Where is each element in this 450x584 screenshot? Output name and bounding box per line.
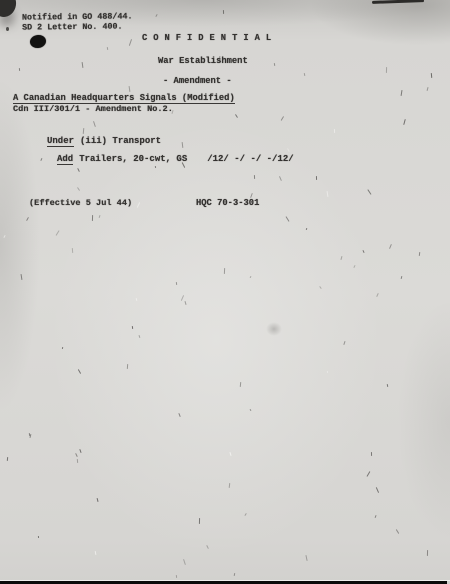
document-title: War Establishment [158,56,248,66]
establishment-reference: Cdn III/301/1 - Amendment No.2. [13,104,173,114]
add-item: Trailers, 20-cwt, GS [79,154,187,164]
scan-artifact-dot [6,27,9,31]
scan-artifact-top-streak [372,0,424,4]
add-entry: AddTrailers, 20-cwt, GS/12/ -/ -/ -/12/ [57,154,294,164]
classification-confidential: C O N F I D E N T I A L [142,33,271,43]
hole-punch-mark [29,34,47,49]
scanned-document-page: Notified in GO 488/44. SD 2 Letter No. 4… [0,0,450,584]
scan-artifact-corner [0,0,19,20]
file-reference: HQC 70-3-301 [196,198,259,208]
under-label: Under [47,136,74,147]
paper-smudge [266,322,282,336]
under-section: Under(iii) Transport [47,136,161,146]
amendment-heading: - Amendment - [163,76,232,86]
unit-title: A Canadian Headquarters Signals (Modifie… [13,93,235,104]
notification-stamp: Notified in GO 488/44. SD 2 Letter No. 4… [22,11,133,32]
under-text: (iii) Transport [80,136,161,146]
add-values: /12/ -/ -/ -/12/ [207,154,293,164]
notification-line-2: SD 2 Letter No. 400. [22,21,133,32]
add-label: Add [57,154,73,165]
effective-date: (Effective 5 Jul 44) [29,198,132,208]
